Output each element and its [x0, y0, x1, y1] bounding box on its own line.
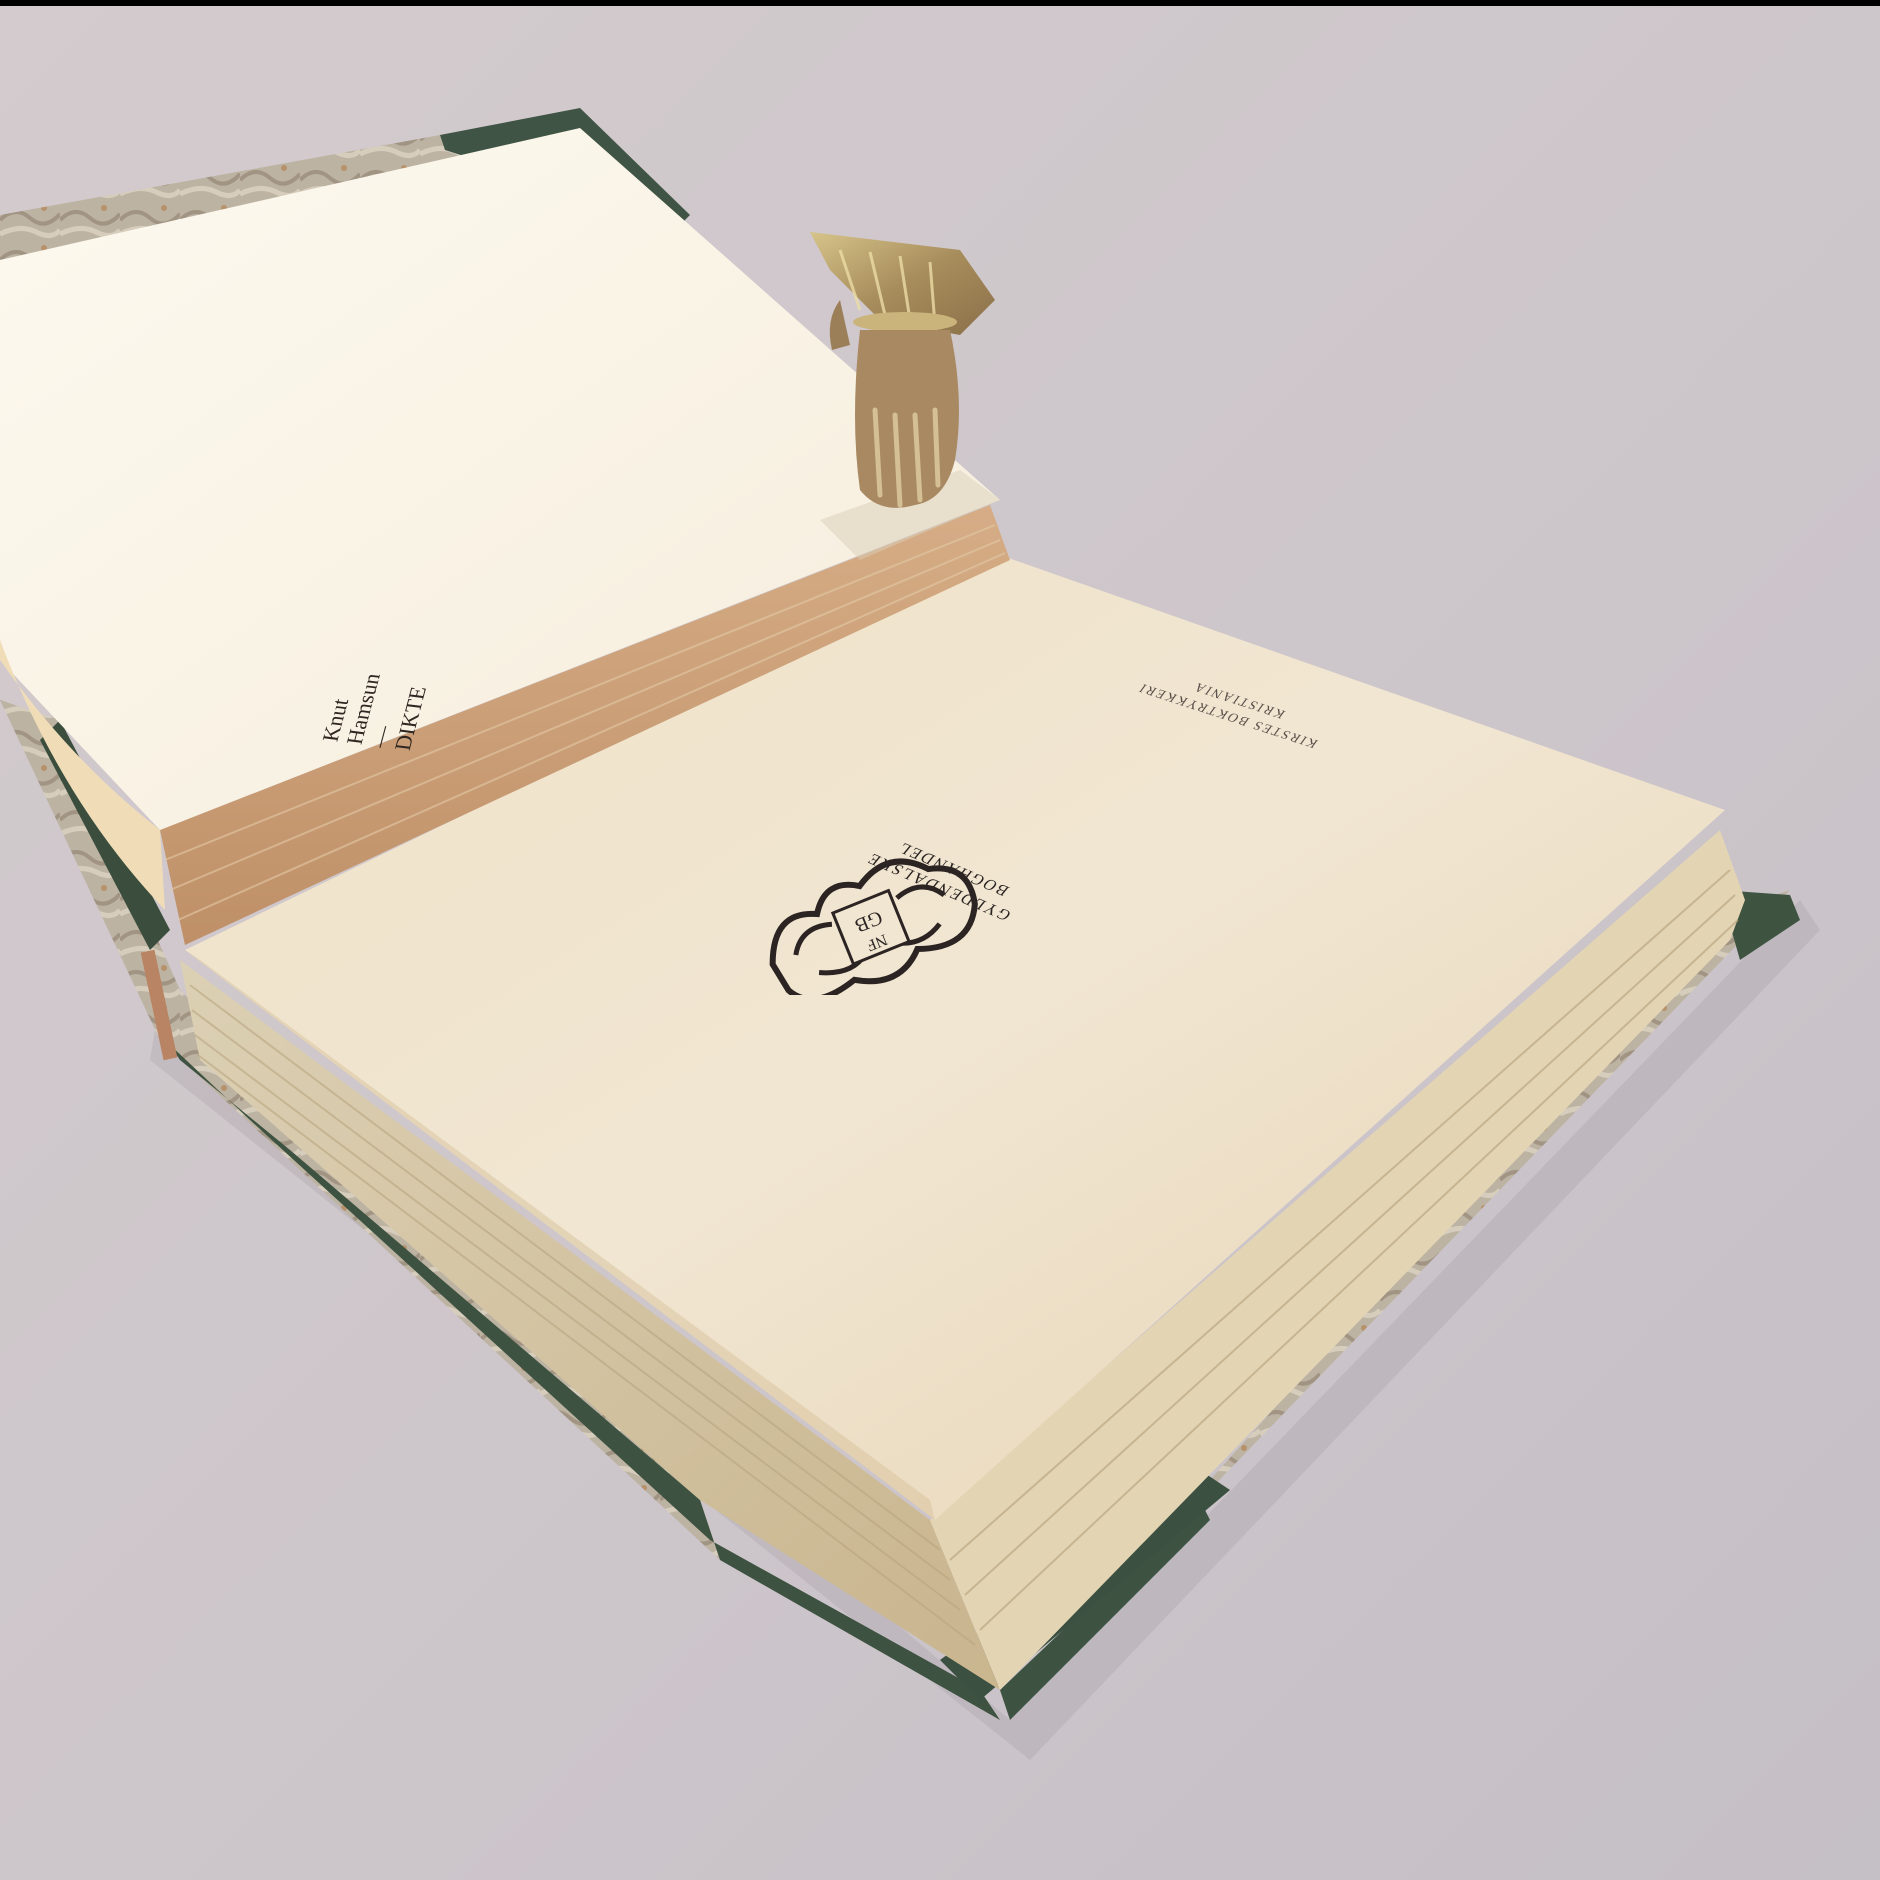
spine-label: Knut Hamsun — DIKTE [318, 669, 433, 752]
